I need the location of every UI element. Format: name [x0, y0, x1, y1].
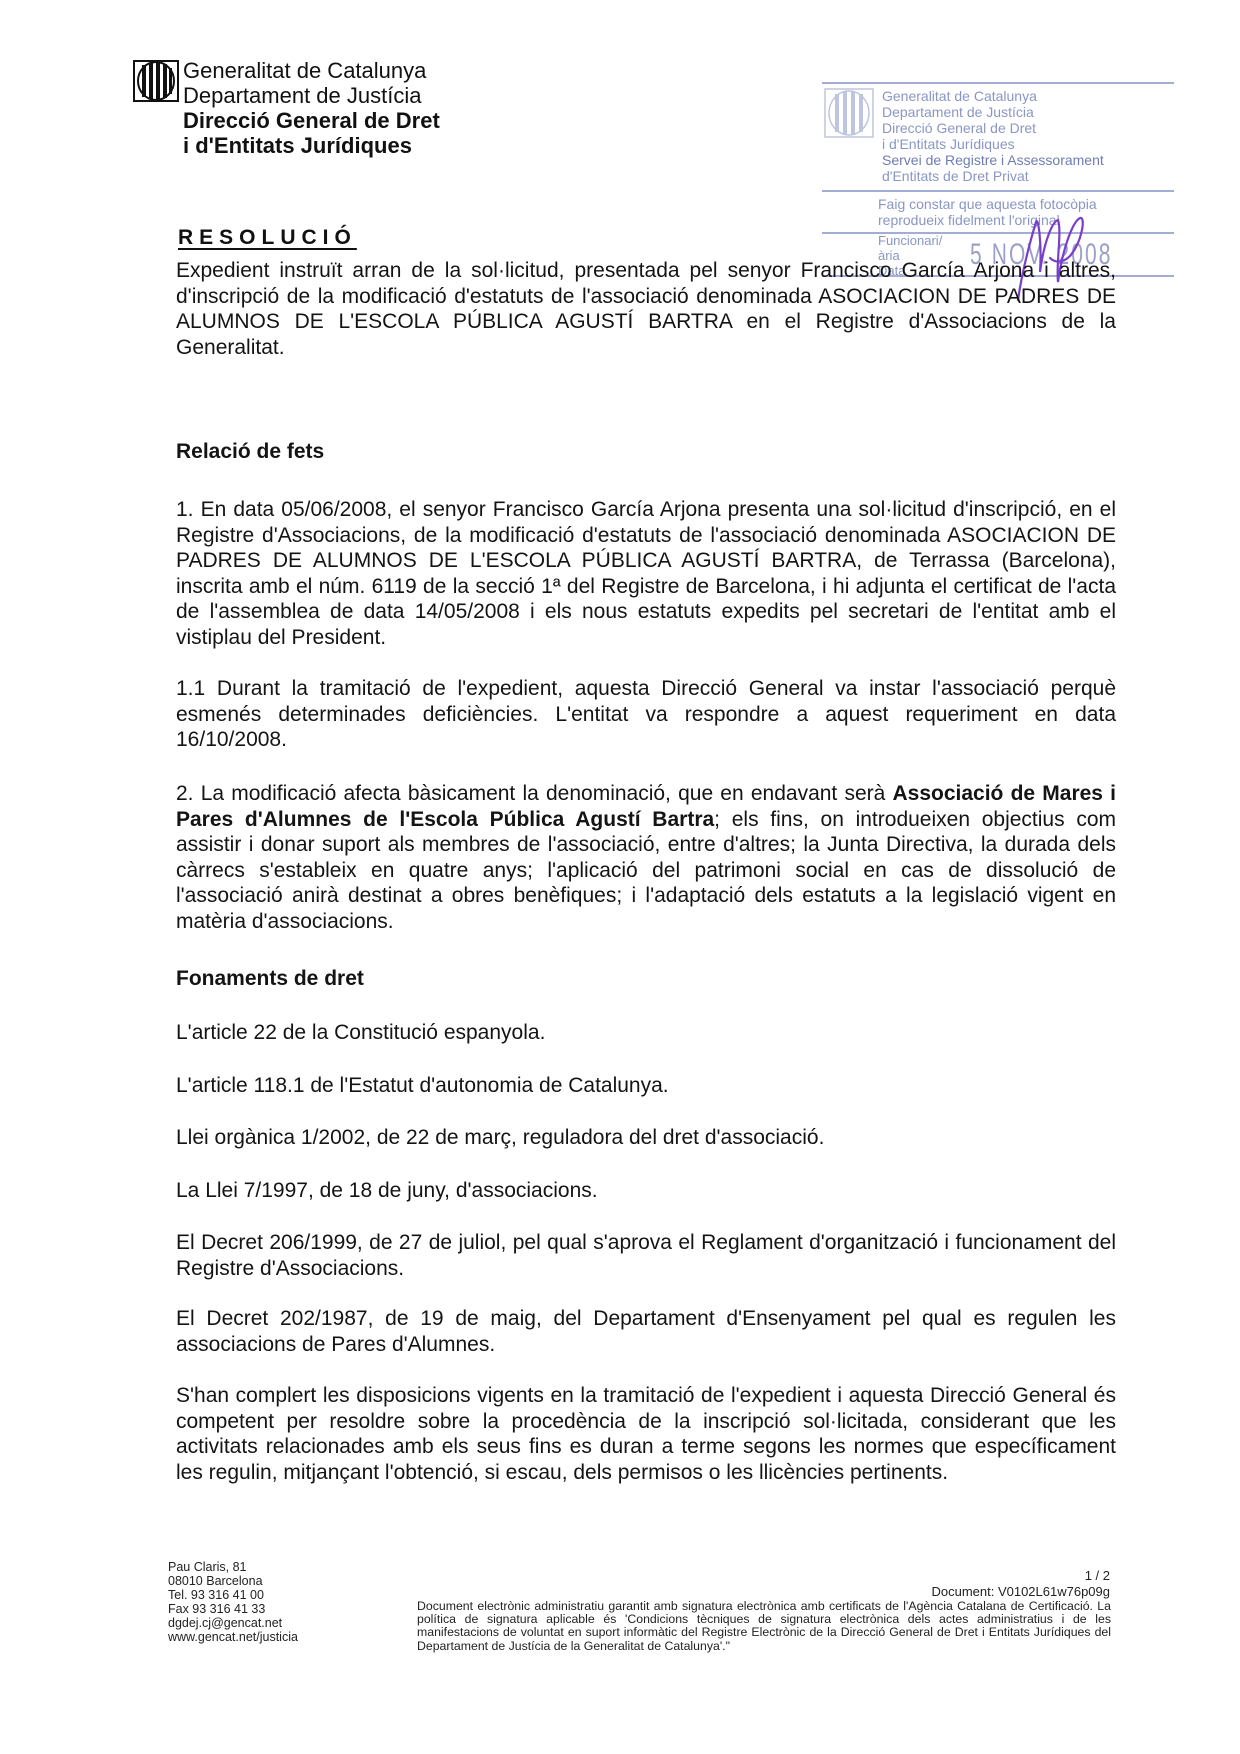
address-phone: Tel. 93 316 41 00: [168, 1588, 298, 1602]
stamp-line: Direcció General de Dret: [882, 120, 1104, 136]
fact-1-1: 1.1 Durant la tramitació de l'expedient,…: [176, 676, 1116, 753]
address-fax: Fax 93 316 41 33: [168, 1602, 298, 1616]
certification-stamp: Generalitat de Catalunya Departament de …: [822, 82, 1174, 277]
law-item: La Llei 7/1997, de 18 de juny, d'associa…: [176, 1178, 1116, 1204]
stamp-line: i d'Entitats Jurídiques: [882, 136, 1104, 152]
stamp-certify-text: Faig constar que aquesta fotocòpia: [878, 196, 1174, 212]
competence-paragraph: S'han complert les disposicions vigents …: [176, 1383, 1116, 1485]
header-generalitat: Generalitat de Catalunya: [183, 58, 440, 83]
intro-paragraph: Expedient instruït arran de la sol·licit…: [176, 258, 1116, 360]
address-website: www.gencat.net/justicia: [168, 1630, 298, 1644]
address-street: Pau Claris, 81: [168, 1560, 298, 1574]
stamp-line: Generalitat de Catalunya: [882, 88, 1104, 104]
header-department: Departament de Justícia: [183, 83, 440, 108]
address-email: dgdej.cj@gencat.net: [168, 1616, 298, 1630]
footer-address: Pau Claris, 81 08010 Barcelona Tel. 93 3…: [168, 1560, 298, 1644]
page-number: 1 / 2: [1085, 1568, 1110, 1583]
fact-2: 2. La modificació afecta bàsicament la d…: [176, 781, 1116, 934]
generalitat-shield-icon: [133, 60, 179, 102]
law-item: Llei orgànica 1/2002, de 22 de març, reg…: [176, 1125, 1116, 1151]
electronic-signature-notice: Document electrònic administratiu garant…: [417, 1600, 1111, 1653]
generalitat-shield-icon: [824, 88, 874, 138]
header-directorate: Direcció General de Dret: [183, 108, 440, 133]
stamp-line: Servei de Registre i Assessorament: [882, 152, 1104, 168]
header-directorate-cont: i d'Entitats Jurídiques: [183, 133, 440, 158]
law-item: El Decret 202/1987, de 19 de maig, del D…: [176, 1306, 1116, 1357]
stamp-certify-text-cont: reprodueix fidelment l'original: [878, 212, 1174, 228]
stamp-line: d'Entitats de Dret Privat: [882, 168, 1104, 184]
facts-heading: Relació de fets: [176, 440, 324, 464]
law-item: L'article 118.1 de l'Estatut d'autonomia…: [176, 1073, 1116, 1099]
law-heading: Fonaments de dret: [176, 967, 364, 991]
address-city: 08010 Barcelona: [168, 1574, 298, 1588]
document-id: Document: V0102L61w76p09g: [931, 1584, 1110, 1599]
law-item: El Decret 206/1999, de 27 de juliol, pel…: [176, 1230, 1116, 1281]
document-page: Generalitat de Catalunya Departament de …: [0, 0, 1240, 1754]
stamp-line: Departament de Justícia: [882, 104, 1104, 120]
letterhead: Generalitat de Catalunya Departament de …: [133, 58, 440, 158]
fact-1: 1. En data 05/06/2008, el senyor Francis…: [176, 497, 1116, 650]
fact-2-intro: 2. La modificació afecta bàsicament la d…: [176, 782, 893, 805]
document-title: RESOLUCIÓ: [178, 226, 357, 250]
law-item: L'article 22 de la Constitució espanyola…: [176, 1020, 1116, 1046]
